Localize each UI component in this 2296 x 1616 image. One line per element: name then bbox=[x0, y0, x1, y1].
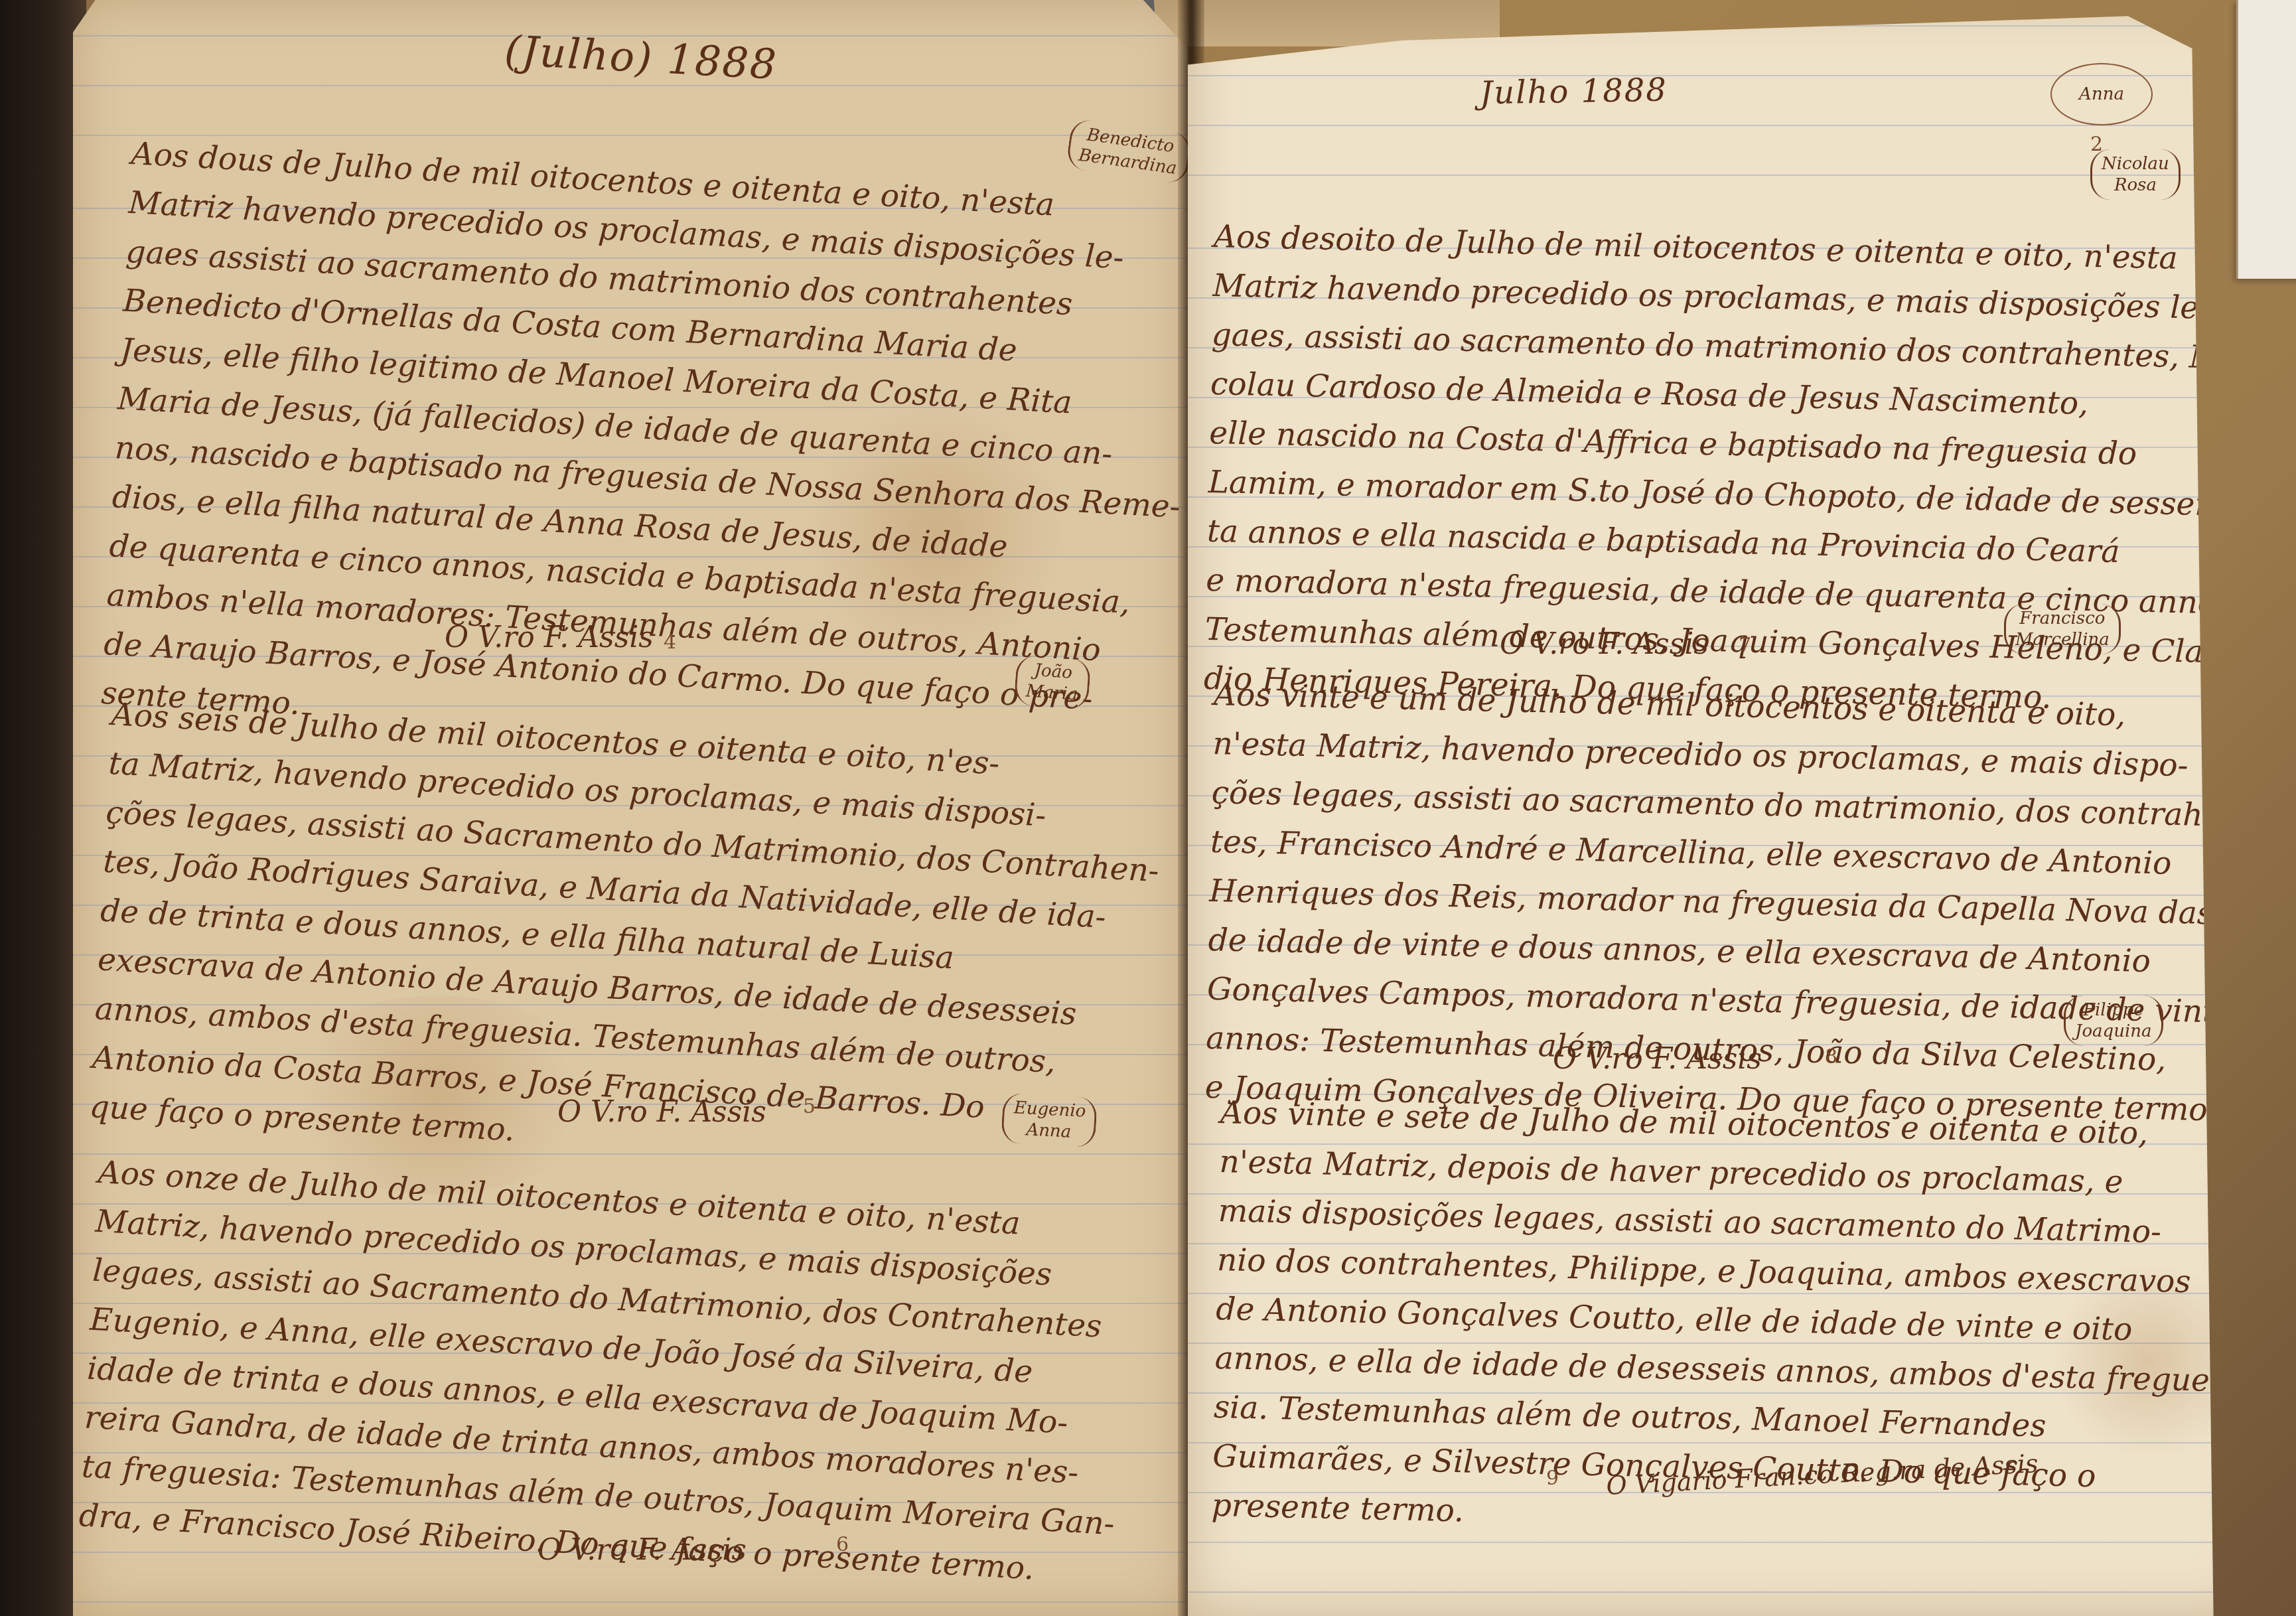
priest-signature: O V.ro F. Assis bbox=[445, 621, 654, 654]
entry-number: 5 bbox=[803, 1095, 816, 1118]
entry-number: 9 bbox=[1546, 1467, 1559, 1490]
entry-number: 4 bbox=[664, 630, 676, 654]
margin-name-bride: Anna bbox=[1012, 1118, 1085, 1143]
right-page: Julho 1888 Anna 2 Nicolau Rosa Aos desoi… bbox=[1188, 0, 2256, 1616]
margin-note-names: Nicolau Rosa bbox=[2090, 149, 2181, 200]
corner-circled-note: Anna bbox=[2050, 63, 2153, 125]
margin-note-names: Francisco Marcellina bbox=[2004, 604, 2121, 654]
background-card bbox=[2236, 0, 2296, 279]
page-header-date: Julho 1888 bbox=[1480, 72, 1668, 112]
priest-signature: O V.ro F. Assis bbox=[538, 1533, 747, 1567]
entry-text: Aos onze de Julho de mil oitocentos e oi… bbox=[78, 1148, 1132, 1598]
priest-signature: O V.ro F. Assis bbox=[1553, 1042, 1762, 1076]
margin-name-bride: Rosa bbox=[2102, 175, 2169, 196]
entry-number: 6 bbox=[836, 1533, 849, 1556]
margin-name-bride: Maria bbox=[1025, 680, 1078, 705]
margin-name-groom: Filippe bbox=[2075, 999, 2152, 1021]
priest-signature: O V.ro F. Assis bbox=[1500, 627, 1709, 661]
margin-name-bride: Joaquina bbox=[2075, 1021, 2152, 1042]
margin-note-names: João Maria bbox=[1013, 654, 1091, 710]
margin-name-bride: Marcellina bbox=[2015, 629, 2110, 650]
margin-note-names: Eugenio Anna bbox=[1001, 1092, 1098, 1147]
margin-name-groom: Francisco bbox=[2015, 608, 2110, 629]
entry-number: 8 bbox=[1825, 1045, 1837, 1068]
margin-name-groom: Nicolau bbox=[2102, 153, 2169, 175]
priest-signature: O V.ro F. Assis bbox=[557, 1095, 766, 1129]
page-header-date: (Julho) 1888 bbox=[503, 26, 778, 88]
margin-note-names: Filippe Joaquina bbox=[2064, 995, 2163, 1046]
margin-name-groom: Eugenio bbox=[1013, 1097, 1086, 1122]
left-page: (Julho) 1888 Benedicto Bernardina Aos do… bbox=[73, 0, 1188, 1616]
margin-note-names: Benedicto Bernardina bbox=[1066, 118, 1188, 185]
entry-number: 7 bbox=[1739, 634, 1751, 657]
